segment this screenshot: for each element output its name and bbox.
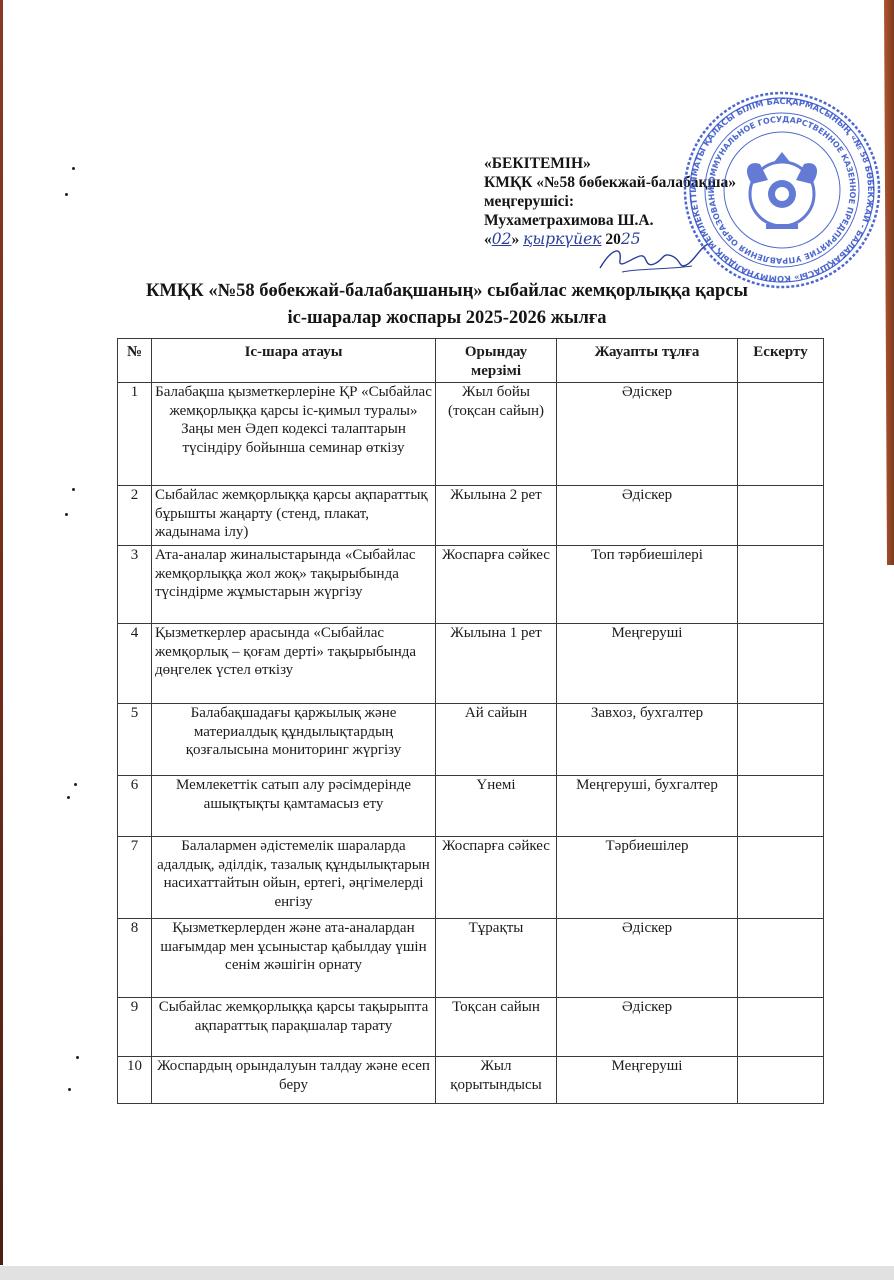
note [738, 998, 824, 1057]
note [738, 776, 824, 837]
header-activity: Іс-шара атауы [152, 339, 436, 383]
punch-dot [72, 167, 75, 170]
header-term: Орындау мерзімі [436, 339, 557, 383]
activity-name: Балалармен әдістемелік шараларда адалдық… [152, 837, 436, 919]
note [738, 919, 824, 998]
execution-term: Жылына 1 рет [436, 624, 557, 704]
activity-name: Қызметкерлерден және ата-аналардан шағым… [152, 919, 436, 998]
note [738, 383, 824, 486]
table-row: 10Жоспардың орындалуын талдау және есеп … [118, 1057, 824, 1104]
note [738, 704, 824, 776]
table-row: 8Қызметкерлерден және ата-аналардан шағы… [118, 919, 824, 998]
photo-edge-left [0, 0, 3, 1265]
row-number: 5 [118, 704, 152, 776]
row-number: 7 [118, 837, 152, 919]
activity-name: Жоспардың орындалуын талдау және есеп бе… [152, 1057, 436, 1104]
header-responsible: Жауапты тұлға [557, 339, 738, 383]
row-number: 10 [118, 1057, 152, 1104]
row-number: 6 [118, 776, 152, 837]
responsible-person: Тәрбиешілер [557, 837, 738, 919]
activity-name: Балабақшадағы қаржылық және материалдық … [152, 704, 436, 776]
responsible-person: Топ тәрбиешілері [557, 546, 738, 624]
punch-dot [68, 1088, 71, 1091]
table-row: 6Мемлекеттік сатып алу рәсімдерінде ашық… [118, 776, 824, 837]
row-number: 9 [118, 998, 152, 1057]
row-number: 8 [118, 919, 152, 998]
title-line-2: іс-шаралар жоспары 2025-2026 жылға [0, 305, 894, 332]
date-day-handwritten: 02 [492, 230, 512, 248]
title-line-1: КМҚК «№58 бөбекжай-балабақшаның» сыбайла… [0, 278, 894, 305]
table-header-row: № Іс-шара атауы Орындау мерзімі Жауапты … [118, 339, 824, 383]
execution-term: Жылына 2 рет [436, 486, 557, 546]
punch-dot [76, 1056, 79, 1059]
execution-term: Жоспарға сәйкес [436, 837, 557, 919]
official-stamp-icon: АЛМАТЫ ҚАЛАСЫ БІЛІМ БАСҚАРМАСЫНЫҢ «№ 58 … [682, 90, 882, 290]
note [738, 546, 824, 624]
execution-term: Жыл қорытындысы [436, 1057, 557, 1104]
responsible-person: Меңгеруші [557, 624, 738, 704]
row-number: 3 [118, 546, 152, 624]
activity-name: Сыбайлас жемқорлыққа қарсы ақпараттық бұ… [152, 486, 436, 546]
table-row: 7Балалармен әдістемелік шараларда адалды… [118, 837, 824, 919]
bottom-strip [0, 1266, 894, 1280]
responsible-person: Әдіскер [557, 486, 738, 546]
punch-dot [74, 783, 77, 786]
plan-table: № Іс-шара атауы Орындау мерзімі Жауапты … [117, 338, 824, 1104]
responsible-person: Меңгеруші [557, 1057, 738, 1104]
activity-name: Қызметкерлер арасында «Сыбайлас жемқорлы… [152, 624, 436, 704]
activity-name: Мемлекеттік сатып алу рәсімдерінде ашықт… [152, 776, 436, 837]
note [738, 624, 824, 704]
execution-term: Жыл бойы (тоқсан сайын) [436, 383, 557, 486]
note [738, 486, 824, 546]
table-row: 4Қызметкерлер арасында «Сыбайлас жемқорл… [118, 624, 824, 704]
punch-dot [65, 193, 68, 196]
responsible-person: Әдіскер [557, 998, 738, 1057]
execution-term: Тұрақты [436, 919, 557, 998]
document-title: КМҚК «№58 бөбекжай-балабақшаның» сыбайла… [0, 278, 894, 332]
activity-name: Ата-аналар жиналыстарында «Сыбайлас жемқ… [152, 546, 436, 624]
table-row: 9Сыбайлас жемқорлыққа қарсы тақырыпта ақ… [118, 998, 824, 1057]
row-number: 1 [118, 383, 152, 486]
table-row: 1Балабақша қызметкерлеріне ҚР «Сыбайлас … [118, 383, 824, 486]
responsible-person: Завхоз, бухгалтер [557, 704, 738, 776]
header-no: № [118, 339, 152, 383]
responsible-person: Әдіскер [557, 919, 738, 998]
note [738, 1057, 824, 1104]
table-row: 3Ата-аналар жиналыстарында «Сыбайлас жем… [118, 546, 824, 624]
execution-term: Жоспарға сәйкес [436, 546, 557, 624]
table-row: 2Сыбайлас жемқорлыққа қарсы ақпараттық б… [118, 486, 824, 546]
row-number: 2 [118, 486, 152, 546]
execution-term: Ай сайын [436, 704, 557, 776]
row-number: 4 [118, 624, 152, 704]
activity-name: Сыбайлас жемқорлыққа қарсы тақырыпта ақп… [152, 998, 436, 1057]
date-month-handwritten: қыркүйек [523, 230, 601, 248]
header-note: Ескерту [738, 339, 824, 383]
emblem-icon [747, 152, 817, 229]
responsible-person: Меңгеруші, бухгалтер [557, 776, 738, 837]
punch-dot [67, 796, 70, 799]
punch-dot [72, 488, 75, 491]
punch-dot [65, 513, 68, 516]
responsible-person: Әдіскер [557, 383, 738, 486]
table-row: 5Балабақшадағы қаржылық және материалдық… [118, 704, 824, 776]
execution-term: Үнемі [436, 776, 557, 837]
execution-term: Тоқсан сайын [436, 998, 557, 1057]
activity-name: Балабақша қызметкерлеріне ҚР «Сыбайлас ж… [152, 383, 436, 486]
note [738, 837, 824, 919]
